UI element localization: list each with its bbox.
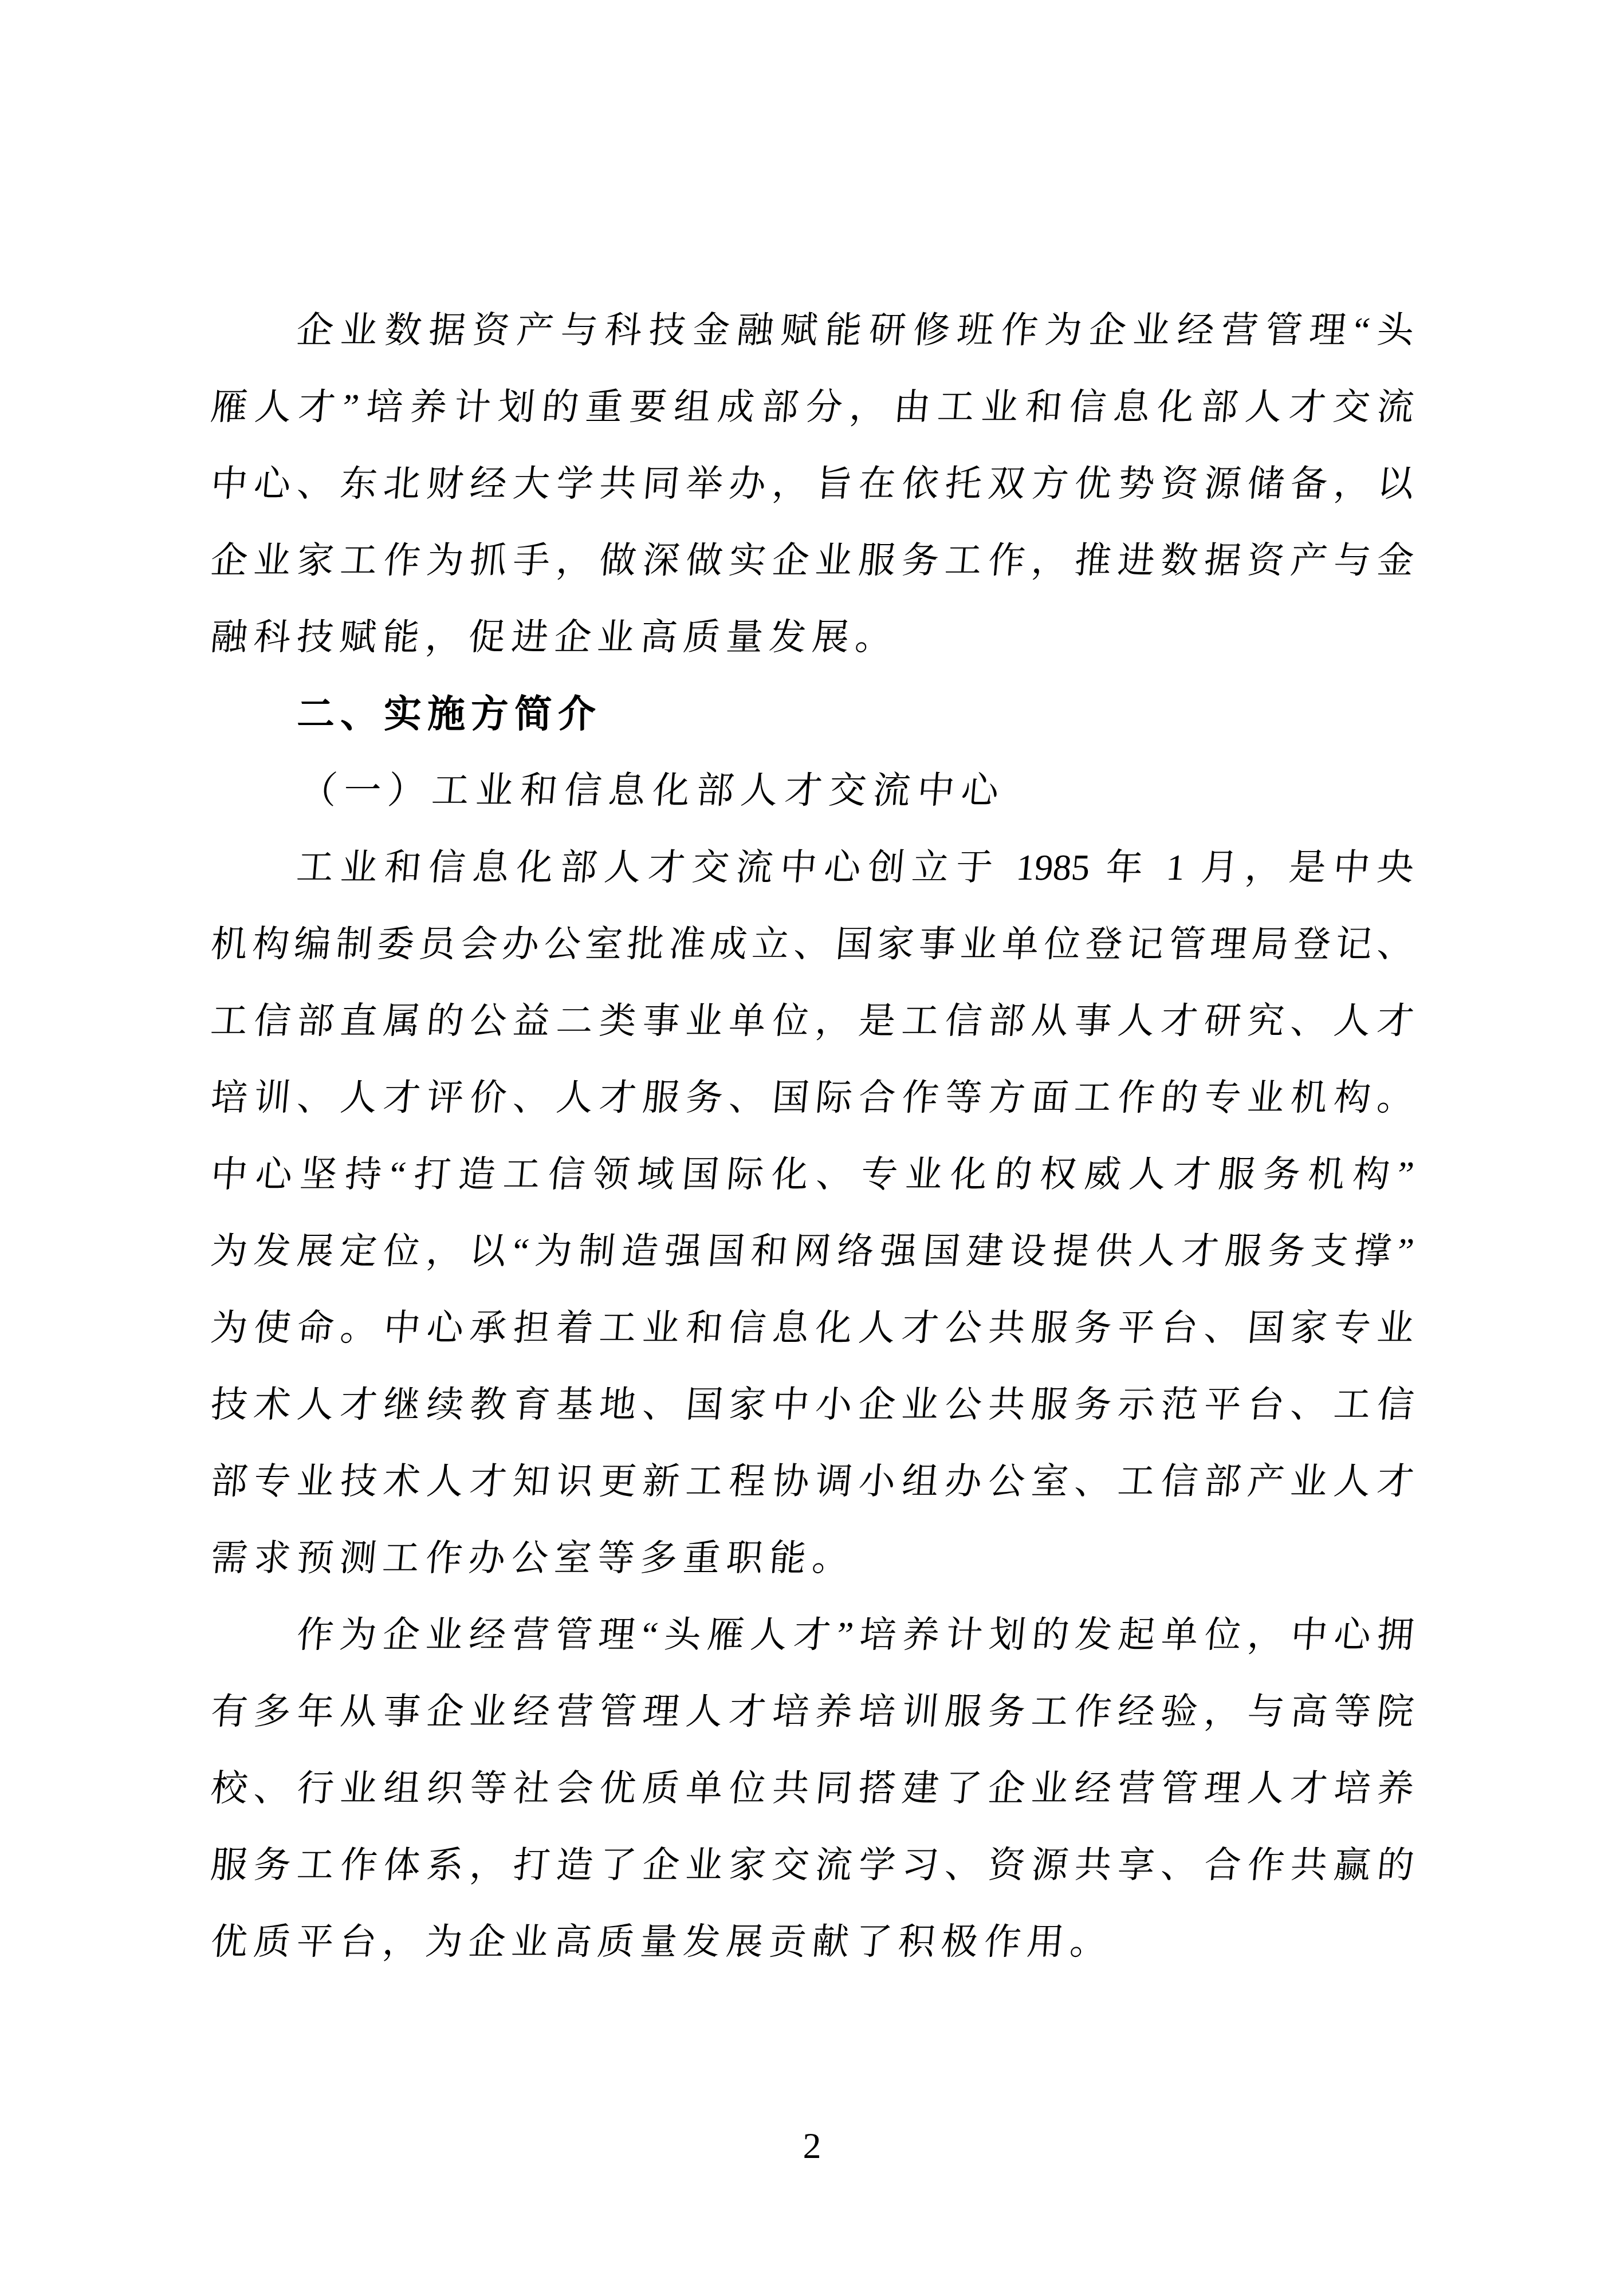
body-text-line: 校、行业组织等社会优质单位共同搭建了企业经营管理人才培养 [207,1750,1417,1827]
page-number: 2 [0,2108,1624,2184]
body-text-line: 雁人才”培养计划的重要组成部分，由工业和信息化部人才交流 [207,369,1417,446]
body-text-line: 技术人才继续教育基地、国家中小企业公共服务示范平台、工信 [207,1366,1417,1443]
paragraph: 工业和信息化部人才交流中心创立于 1985 年 1 月，是中央 机构编制委员会办… [211,829,1414,1597]
body-text-line: 融科技赋能，促进企业高质量发展。 [207,599,1417,676]
body-text-line: 有多年从事企业经营管理人才培养培训服务工作经验，与高等院 [207,1673,1417,1750]
paragraph: 作为企业经营管理“头雁人才”培养计划的发起单位，中心拥 有多年从事企业经营管理人… [211,1597,1414,1980]
subsection-heading: （一）工业和信息化部人才交流中心 [207,753,1417,829]
body-text-line: 工业和信息化部人才交流中心创立于 1985 年 1 月，是中央 [207,829,1417,906]
body-text-line: 培训、人才评价、人才服务、国际合作等方面工作的专业机构。 [207,1060,1417,1136]
body-text-line: 服务工作体系，打造了企业家交流学习、资源共享、合作共赢的 [207,1827,1417,1904]
section-heading: 二、实施方简介 [211,676,1414,753]
paragraph: 企业数据资产与科技金融赋能研修班作为企业经营管理“头 雁人才”培养计划的重要组成… [211,292,1414,676]
body-text-line: 中心、东北财经大学共同举办，旨在依托双方优势资源储备，以 [207,446,1417,522]
body-text-line: 工信部直属的公益二类事业单位，是工信部从事人才研究、人才 [207,983,1417,1060]
body-text-line: 企业家工作为抓手，做深做实企业服务工作，推进数据资产与金 [207,522,1417,599]
document-page: 企业数据资产与科技金融赋能研修班作为企业经营管理“头 雁人才”培养计划的重要组成… [0,0,1624,2296]
body-text-line: 中心坚持“打造工信领域国际化、专业化的权威人才服务机构” [207,1136,1417,1213]
body-text-line: 需求预测工作办公室等多重职能。 [207,1520,1417,1597]
document-text-block: 企业数据资产与科技金融赋能研修班作为企业经营管理“头 雁人才”培养计划的重要组成… [211,292,1414,1980]
body-text-line: 机构编制委员会办公室批准成立、国家事业单位登记管理局登记、 [207,906,1417,983]
body-text-line: 优质平台，为企业高质量发展贡献了积极作用。 [207,1904,1417,1980]
body-text-line: 企业数据资产与科技金融赋能研修班作为企业经营管理“头 [207,292,1417,369]
body-text-line: 部专业技术人才知识更新工程协调小组办公室、工信部产业人才 [207,1443,1417,1520]
body-text-line: 为使命。中心承担着工业和信息化人才公共服务平台、国家专业 [207,1290,1417,1366]
body-text-line: 为发展定位，以“为制造强国和网络强国建设提供人才服务支撑” [207,1213,1417,1290]
body-text-line: 作为企业经营管理“头雁人才”培养计划的发起单位，中心拥 [207,1597,1417,1673]
